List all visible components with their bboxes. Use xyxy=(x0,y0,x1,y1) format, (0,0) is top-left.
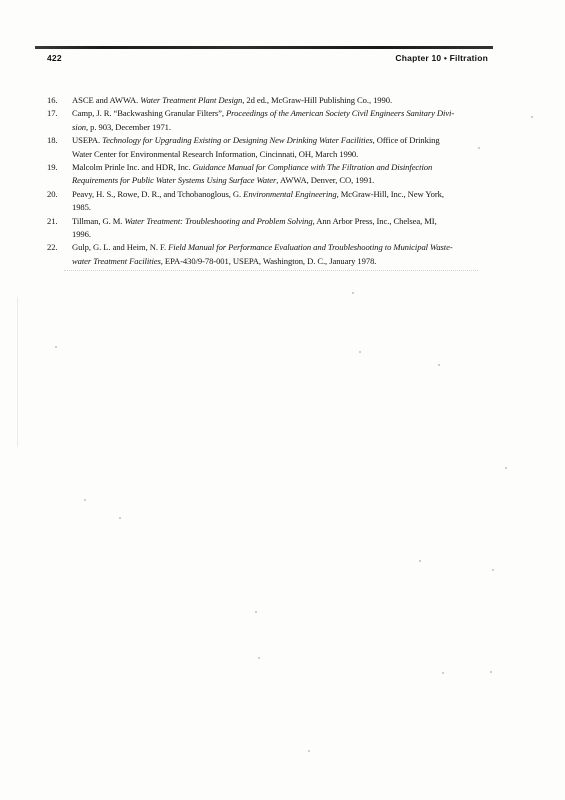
page-number: 422 xyxy=(47,53,62,63)
scan-speck xyxy=(492,569,494,571)
reference-text: Peavy, H. S., Rowe, D. R., and Tchobanog… xyxy=(72,188,444,215)
scan-speck xyxy=(308,750,310,752)
page-header: 422 Chapter 10 • Filtration xyxy=(47,53,488,63)
reference-line: Peavy, H. S., Rowe, D. R., and Tchobanog… xyxy=(72,188,444,201)
references-list: 16.ASCE and AWWA. Water Treatment Plant … xyxy=(47,94,507,268)
reference-entry: 16.ASCE and AWWA. Water Treatment Plant … xyxy=(47,94,507,107)
scan-speck xyxy=(84,499,86,501)
reference-line: Tillman, G. M. Water Treatment: Troubles… xyxy=(72,215,437,228)
scan-speck xyxy=(531,116,533,118)
reference-line: 1985. xyxy=(72,201,444,214)
reference-line: 1996. xyxy=(72,228,437,241)
reference-number: 20. xyxy=(47,188,72,201)
scan-speck xyxy=(255,611,257,613)
reference-text: ASCE and AWWA. Water Treatment Plant Des… xyxy=(72,94,392,107)
reference-text: Gulp, G. L. and Heim, N. F. Field Manual… xyxy=(72,241,453,268)
scan-edge-line xyxy=(17,297,18,447)
reference-entry: 18.USEPA. Technology for Upgrading Exist… xyxy=(47,134,507,161)
header-rule xyxy=(35,46,493,49)
scan-speck xyxy=(438,364,440,366)
reference-entry: 21.Tillman, G. M. Water Treatment: Troub… xyxy=(47,215,507,242)
reference-number: 16. xyxy=(47,94,72,107)
reference-text: Camp, J. R. “Backwashing Granular Filter… xyxy=(72,107,454,134)
scan-ghost-line xyxy=(64,270,478,271)
scan-speck xyxy=(490,671,492,673)
reference-number: 22. xyxy=(47,241,72,254)
reference-number: 17. xyxy=(47,107,72,120)
reference-line: USEPA. Technology for Upgrading Existing… xyxy=(72,134,440,147)
reference-line: Gulp, G. L. and Heim, N. F. Field Manual… xyxy=(72,241,453,254)
scan-speck xyxy=(258,657,260,659)
reference-line: Requirements for Public Water Systems Us… xyxy=(72,174,432,187)
reference-text: USEPA. Technology for Upgrading Existing… xyxy=(72,134,440,161)
reference-entry: 17.Camp, J. R. “Backwashing Granular Fil… xyxy=(47,107,507,134)
book-page: 422 Chapter 10 • Filtration 16.ASCE and … xyxy=(0,0,565,800)
scan-speck xyxy=(419,560,421,562)
reference-line: Malcolm Prinle Inc. and HDR, Inc. Guidan… xyxy=(72,161,432,174)
reference-entry: 20.Peavy, H. S., Rowe, D. R., and Tchoba… xyxy=(47,188,507,215)
scan-speck xyxy=(505,467,507,469)
reference-number: 18. xyxy=(47,134,72,147)
scan-speck xyxy=(119,517,121,519)
reference-line: ASCE and AWWA. Water Treatment Plant Des… xyxy=(72,94,392,107)
reference-text: Tillman, G. M. Water Treatment: Troubles… xyxy=(72,215,437,242)
reference-line: water Treatment Facilities, EPA-430/9-78… xyxy=(72,255,453,268)
reference-number: 19. xyxy=(47,161,72,174)
reference-line: Camp, J. R. “Backwashing Granular Filter… xyxy=(72,107,454,120)
reference-line: Water Center for Environmental Research … xyxy=(72,148,440,161)
chapter-title: Chapter 10 • Filtration xyxy=(395,53,488,63)
scan-speck xyxy=(478,147,480,149)
scan-speck xyxy=(359,351,361,353)
reference-entry: 19.Malcolm Prinle Inc. and HDR, Inc. Gui… xyxy=(47,161,507,188)
scan-speck xyxy=(442,672,444,674)
scan-speck xyxy=(55,346,57,348)
reference-number: 21. xyxy=(47,215,72,228)
scan-speck xyxy=(352,292,354,294)
reference-text: Malcolm Prinle Inc. and HDR, Inc. Guidan… xyxy=(72,161,432,188)
reference-line: sion, p. 903, December 1971. xyxy=(72,121,454,134)
reference-entry: 22.Gulp, G. L. and Heim, N. F. Field Man… xyxy=(47,241,507,268)
